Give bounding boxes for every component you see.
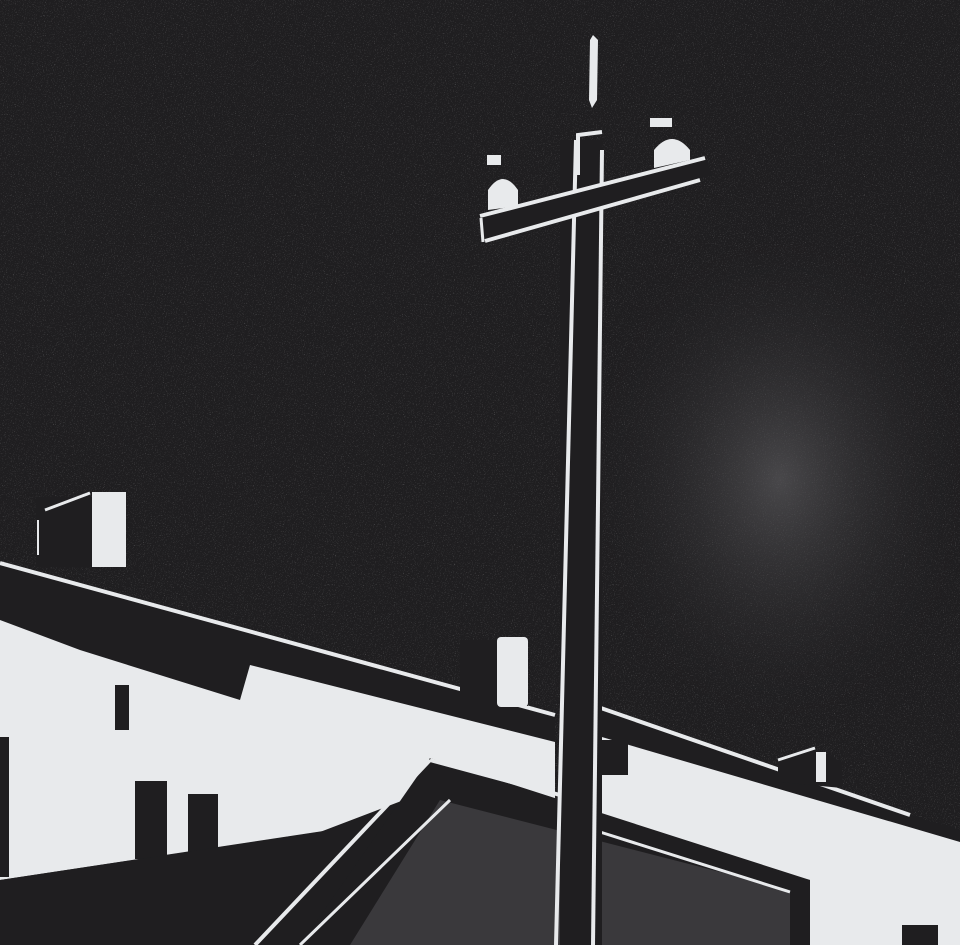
lightning-rod (589, 35, 598, 108)
artwork-canvas (0, 0, 960, 945)
linocut-artwork (0, 0, 960, 945)
